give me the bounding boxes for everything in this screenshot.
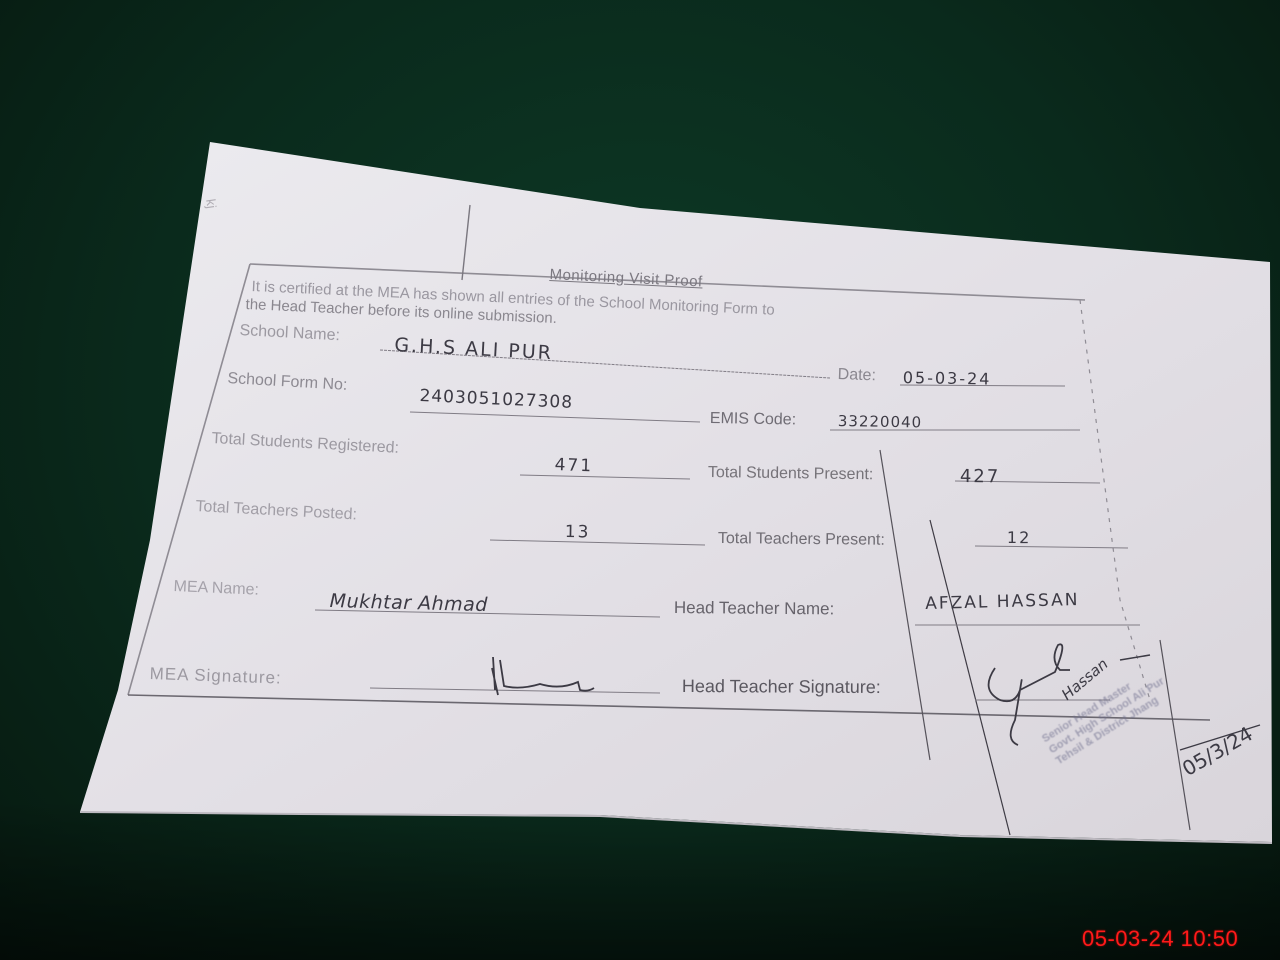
- emis-code-value: 33220040: [838, 412, 923, 431]
- mea-name-value: Mukhtar Ahmad: [329, 590, 488, 616]
- head-teacher-signature-label: Head Teacher Signature:: [682, 676, 881, 698]
- head-teacher-name-label: Head Teacher Name:: [674, 598, 835, 619]
- camera-timestamp: 05-03-24 10:50: [1082, 926, 1238, 952]
- total-students-present-label: Total Students Present:: [708, 464, 874, 484]
- total-teachers-posted-value: 13: [565, 522, 591, 542]
- total-teachers-present-value: 12: [1007, 528, 1031, 547]
- date-value: 05-03-24: [903, 368, 992, 389]
- emis-code-label: EMIS Code:: [710, 410, 797, 430]
- mea-name-label: MEA Name:: [173, 578, 259, 600]
- total-teachers-present-label: Total Teachers Present:: [718, 530, 885, 550]
- total-students-registered-value: 471: [554, 455, 593, 476]
- head-teacher-name-value: AFZAL HASSAN: [925, 590, 1080, 614]
- date-label: Date:: [837, 366, 876, 385]
- monitoring-visit-proof-paper: kj Monitoring Visit Proof It is certifie…: [0, 0, 1280, 960]
- total-students-present-value: 427: [960, 466, 1001, 487]
- paper-shape: [0, 0, 1280, 960]
